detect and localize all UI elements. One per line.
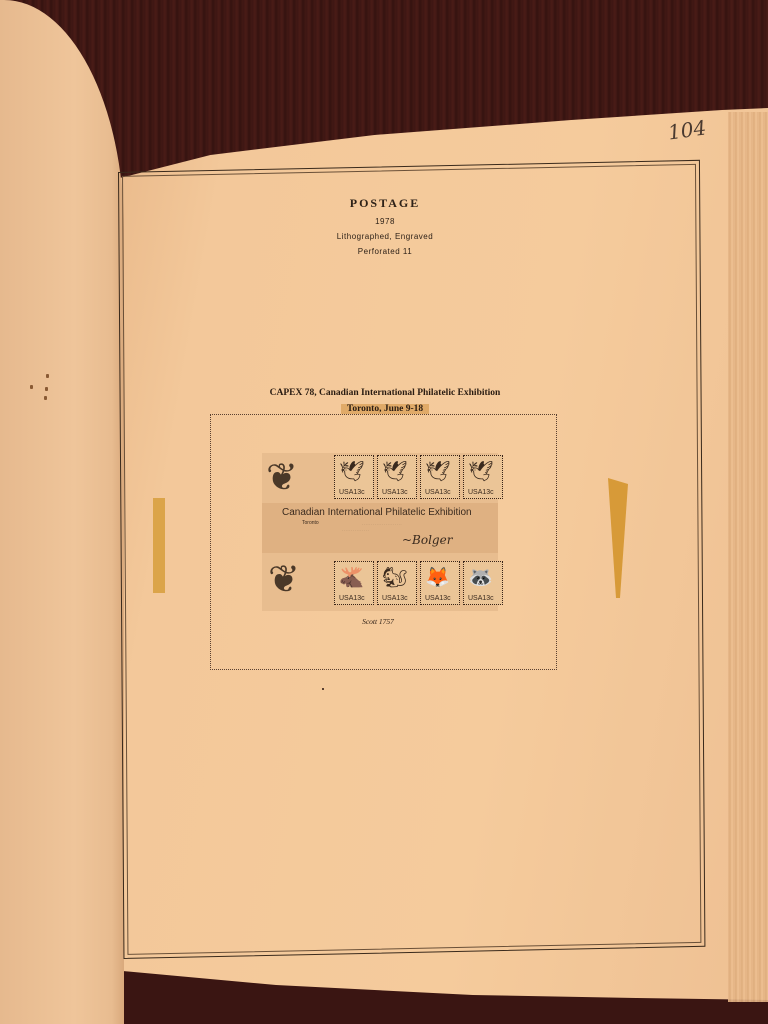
- stamp-bird: 🕊 USA13c: [334, 455, 374, 499]
- page-stack-edges: [728, 112, 768, 1002]
- bird-icon: 🕊: [425, 459, 450, 484]
- sheet-banner: Canadian International Philatelic Exhibi…: [262, 503, 498, 553]
- stamp-bird: 🕊 USA13c: [463, 455, 503, 499]
- stamp-fox: 🦊 USA13c: [420, 561, 460, 605]
- stamp-chipmunk: 🐿 USA13c: [377, 561, 417, 605]
- stamp-row-top: 🕊 USA13c 🕊 USA13c 🕊 USA13c 🕊 USA13c: [334, 455, 506, 499]
- caption-subtitle: Toronto, June 9-18: [341, 404, 429, 414]
- page-header: POSTAGE 1978 Lithographed, Engraved Perf…: [300, 196, 470, 256]
- raccoon-icon: 🦝: [468, 565, 493, 590]
- bird-icon: 🕊: [339, 459, 364, 484]
- stamp-bird: 🕊 USA13c: [420, 455, 460, 499]
- stamp-row-bottom: 🫎 USA13c 🐿 USA13c 🦊 USA13c 🦝 USA13c: [334, 561, 506, 605]
- page-title: POSTAGE: [300, 196, 470, 211]
- tape-strip-left: [153, 498, 165, 593]
- bird-icon: 🕊: [382, 459, 407, 484]
- stamp-bird: 🕊 USA13c: [377, 455, 417, 499]
- sheet-title: Canadian International Philatelic Exhibi…: [282, 507, 472, 518]
- issue-year: 1978: [300, 217, 470, 226]
- sheet-fine-print: · · · · · · · · · · · · · · · · · · · · …: [362, 522, 401, 526]
- sheet-fine-print: · · · · · · · · · · · · · · ·: [342, 528, 369, 532]
- bird-icon: 🕊: [468, 459, 493, 484]
- souvenir-sheet: ❦ ❦ ❦ 🕊 USA13c 🕊 USA13c 🕊 USA13c 🕊 USA13…: [262, 453, 498, 611]
- sheet-city: Toronto: [302, 520, 319, 526]
- fox-icon: 🦊: [425, 565, 450, 590]
- scott-catalog-number: Scott 1757: [348, 617, 408, 626]
- maple-leaf-icon: ❦: [266, 459, 298, 497]
- postmaster-signature: ~Bolger: [402, 533, 452, 547]
- printing-method: Lithographed, Engraved: [300, 232, 470, 241]
- page-speck: [322, 688, 324, 690]
- left-album-page: [0, 0, 124, 1024]
- stamp-moose: 🫎 USA13c: [334, 561, 374, 605]
- stamp-caption: CAPEX 78, Canadian International Philate…: [240, 388, 530, 416]
- stamp-raccoon: 🦝 USA13c: [463, 561, 503, 605]
- maple-leaf-icon: ❦: [268, 561, 300, 599]
- chipmunk-icon: 🐿: [382, 565, 407, 590]
- caption-title: CAPEX 78, Canadian International Philate…: [240, 388, 530, 398]
- moose-icon: 🫎: [339, 565, 364, 590]
- perforation-info: Perforated 11: [300, 247, 470, 256]
